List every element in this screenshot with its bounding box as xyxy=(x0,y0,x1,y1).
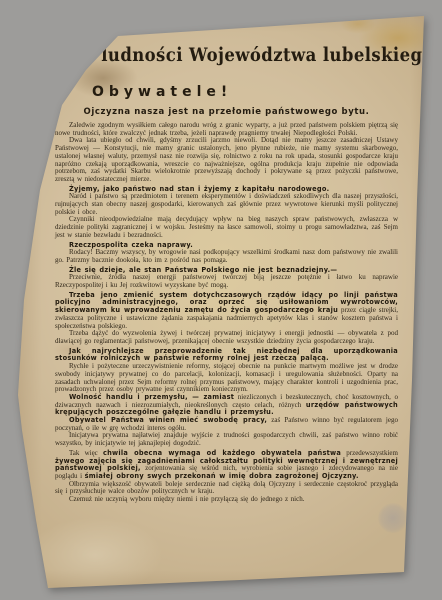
ink-stamp-smudge xyxy=(378,503,408,533)
text-run: Olbrzymia większość obywateli boleje ser… xyxy=(55,480,398,496)
body-paragraph: Inicjatywa prywatna najłatwiej znajduje … xyxy=(55,432,398,447)
body-paragraph: Olbrzymia większość obywateli boleje ser… xyxy=(55,481,398,496)
scan-background: Do ludności Województwa lubelskiego. Oby… xyxy=(0,0,442,600)
text-run: Przeciwnie, źródła naszej energji państw… xyxy=(55,273,398,289)
body-paragraph: Czemuż nie uczynią wyboru między niemi i… xyxy=(55,496,398,504)
text-run: Rodacy! Baczmy wszyscy, by wrogowie nasi… xyxy=(55,248,398,264)
text-run: Rychłe i pożyteczne urzeczywistnienie re… xyxy=(55,362,398,393)
body-paragraph: Wolność handlu i przemysłu, — zamiast ni… xyxy=(55,394,398,417)
text-run: Zaledwie zgodnym wysiłkiem całego narodu… xyxy=(55,121,398,137)
body-paragraph: Czynniki nieodpowiedzialne mają decydują… xyxy=(55,216,398,239)
body-paragraph: Naród i państwo są przedmiotem i terenem… xyxy=(55,193,398,216)
poster-title: Do ludności Województwa lubelskiego. xyxy=(69,44,398,65)
body-paragraph: Dwa lata ubiegło od chwili, gdyśmy zrzuc… xyxy=(55,137,398,183)
body-paragraph: Trzeba jeno zmienić system dotychczasowy… xyxy=(55,292,398,331)
body-paragraph: Trzeba dążyć do wyzwolenia żywej i twórc… xyxy=(55,330,398,345)
poster-paper-shadow: Do ludności Województwa lubelskiego. Oby… xyxy=(0,0,442,600)
text-run: Trzeba dążyć do wyzwolenia żywej i twórc… xyxy=(55,329,398,345)
body-paragraph: Przeciwnie, źródła naszej energji państw… xyxy=(55,274,398,289)
body-paragraph: Tak więc chwila obecna wymaga od każdego… xyxy=(55,450,398,481)
lead-heading: Ojczyzna nasza jest na przełomie państwo… xyxy=(55,107,398,117)
poster-content: Do ludności Województwa lubelskiego. Oby… xyxy=(55,44,398,504)
body-paragraph: Rychłe i pożyteczne urzeczywistnienie re… xyxy=(55,363,398,394)
text-run: Czynniki nieodpowiedzialne mają decydują… xyxy=(55,215,398,238)
salutation-heading: Obywatele! xyxy=(55,84,398,100)
text-run: Dwa lata ubiegło od chwili, gdyśmy zrzuc… xyxy=(55,136,398,183)
text-run: Czemuż nie uczynią wyboru między niemi i… xyxy=(69,495,304,503)
body-paragraph: Obywatel Państwa winien mieć swobodę pra… xyxy=(55,417,398,432)
body-paragraph: Zaledwie zgodnym wysiłkiem całego narodu… xyxy=(55,122,398,137)
poster-body: Zaledwie zgodnym wysiłkiem całego narodu… xyxy=(55,122,398,504)
body-paragraph: Rodacy! Baczmy wszyscy, by wrogowie nasi… xyxy=(55,249,398,264)
text-run: Jak najrychlejsze przeprowadzenie tak ni… xyxy=(55,347,398,363)
text-run: Naród i państwo są przedmiotem i terenem… xyxy=(55,192,398,215)
body-paragraph: Jak najrychlejsze przeprowadzenie tak ni… xyxy=(55,348,398,363)
poster-paper: Do ludności Województwa lubelskiego. Oby… xyxy=(0,0,442,600)
text-run: Inicjatywa prywatna najłatwiej znajduje … xyxy=(55,431,398,447)
